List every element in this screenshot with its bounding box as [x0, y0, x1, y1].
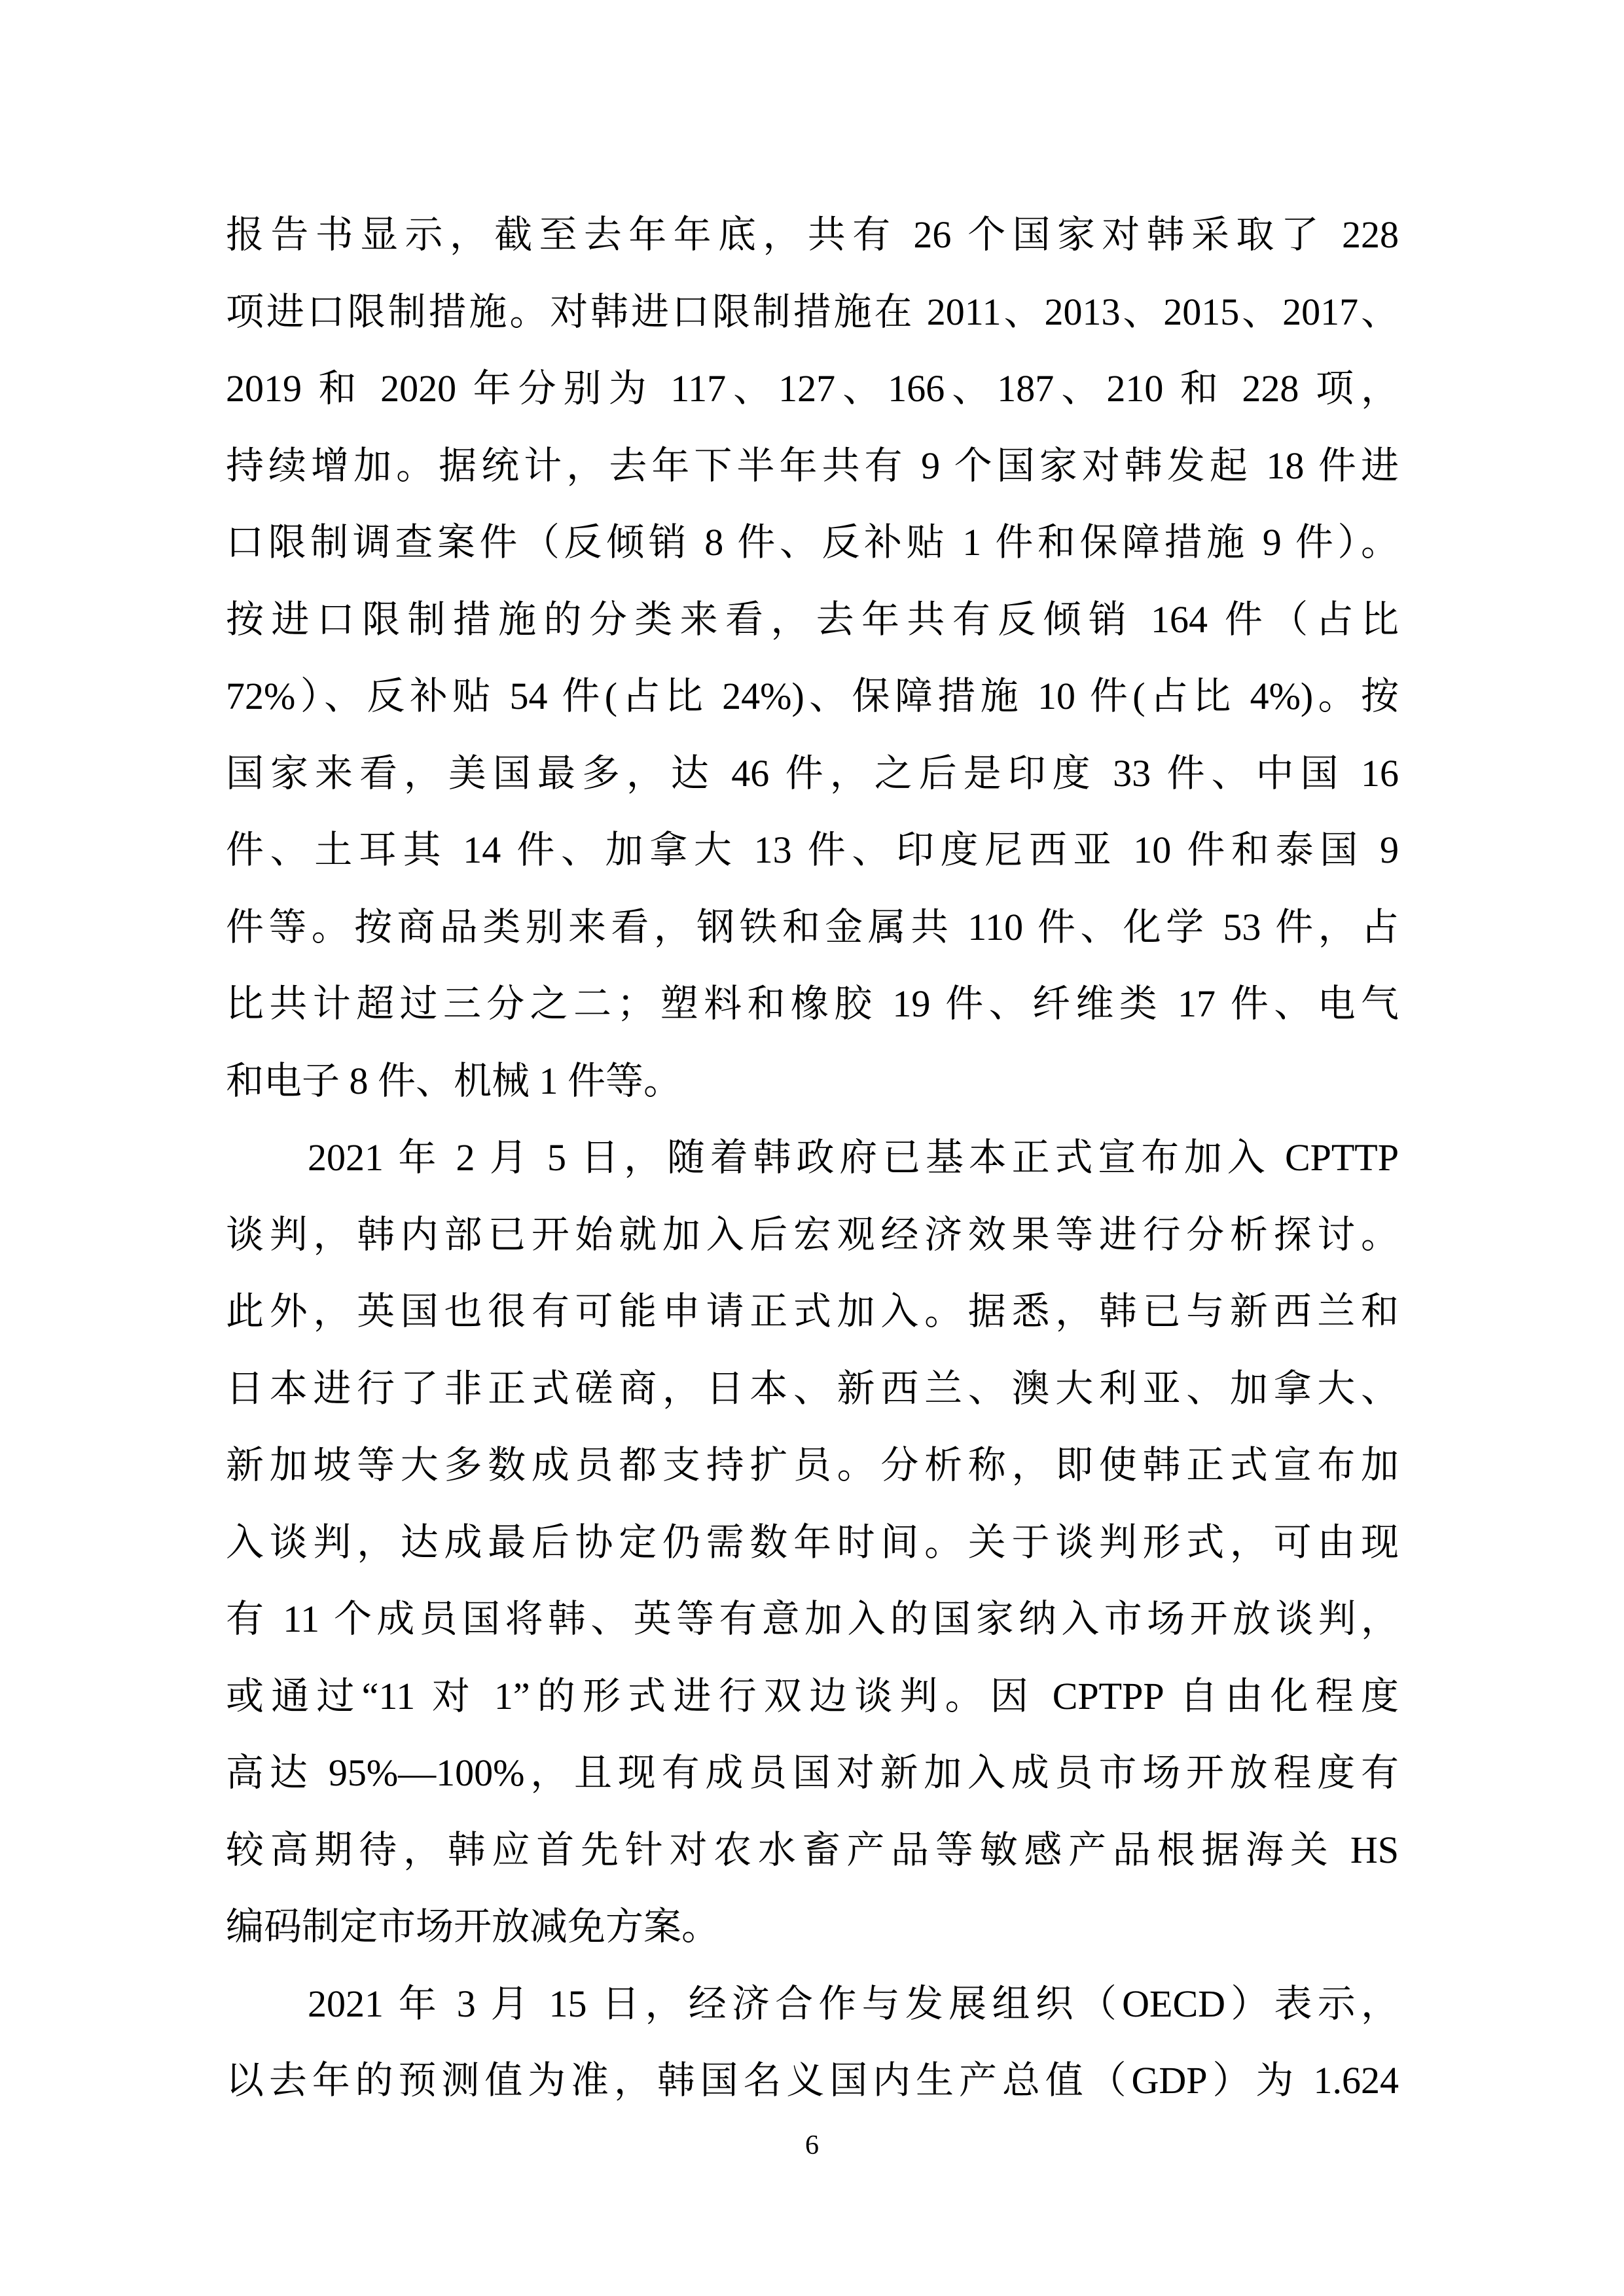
page-number: 6 — [805, 2130, 819, 2161]
page-footer: 6 — [0, 2126, 1624, 2165]
text-line: 国家来看，美国最多，达 46 件，之后是印度 33 件、中国 16 — [226, 735, 1399, 812]
text-line: 72%）、反补贴 54 件(占比 24%)、保障措施 10 件(占比 4%)。按 — [226, 658, 1399, 735]
text-line: 或通过“11 对 1”的形式进行双边谈判。因 CPTPP 自由化程度 — [226, 1658, 1399, 1735]
text-line: 口限制调查案件（反倾销 8 件、反补贴 1 件和保障措施 9 件）。 — [226, 504, 1399, 581]
text-line: 和电子 8 件、机械 1 件等。 — [226, 1043, 1399, 1120]
text-line: 编码制定市场开放减免方案。 — [226, 1888, 1399, 1965]
text-line: 日本进行了非正式磋商，日本、新西兰、澳大利亚、加拿大、 — [226, 1350, 1399, 1427]
text-line: 有 11 个成员国将韩、英等有意加入的国家纳入市场开放谈判， — [226, 1581, 1399, 1658]
text-line: 较高期待，韩应首先针对农水畜产品等敏感产品根据海关 HS — [226, 1812, 1399, 1889]
text-line: 新加坡等大多数成员都支持扩员。分析称，即使韩正式宣布加 — [226, 1427, 1399, 1504]
body-text: 报告书显示，截至去年年底，共有 26 个国家对韩采取了 228 项进口限制措施。… — [226, 196, 1399, 2119]
text-line: 2021 年 3 月 15 日，经济合作与发展组织（OECD）表示， — [226, 1965, 1399, 2043]
text-line: 报告书显示，截至去年年底，共有 26 个国家对韩采取了 228 — [226, 196, 1399, 274]
text-line: 谈判，韩内部已开始就加入后宏观经济效果等进行分析探讨。 — [226, 1196, 1399, 1274]
text-line: 件等。按商品类别来看，钢铁和金属共 110 件、化学 53 件，占 — [226, 889, 1399, 966]
text-line: 持续增加。据统计，去年下半年共有 9 个国家对韩发起 18 件进 — [226, 427, 1399, 505]
text-line: 比共计超过三分之二；塑料和橡胶 19 件、纤维类 17 件、电气 — [226, 965, 1399, 1043]
document-page: 报告书显示，截至去年年底，共有 26 个国家对韩采取了 228 项进口限制措施。… — [0, 0, 1624, 2296]
text-line: 件、土耳其 14 件、加拿大 13 件、印度尼西亚 10 件和泰国 9 — [226, 812, 1399, 889]
text-line: 2021 年 2 月 5 日，随着韩政府已基本正式宣布加入 CPTTP — [226, 1119, 1399, 1196]
text-line: 入谈判，达成最后协定仍需数年时间。关于谈判形式，可由现 — [226, 1504, 1399, 1581]
text-line: 2019 和 2020 年分别为 117、127、166、187、210 和 2… — [226, 350, 1399, 427]
text-line: 项进口限制措施。对韩进口限制措施在 2011、2013、2015、2017、 — [226, 274, 1399, 351]
text-line: 此外，英国也很有可能申请正式加入。据悉，韩已与新西兰和 — [226, 1273, 1399, 1350]
text-line: 按进口限制措施的分类来看，去年共有反倾销 164 件（占比 — [226, 581, 1399, 658]
text-line: 高达 95%—100%，且现有成员国对新加入成员市场开放程度有 — [226, 1734, 1399, 1812]
text-line: 以去年的预测值为准，韩国名义国内生产总值（GDP）为 1.624 — [226, 2042, 1399, 2119]
